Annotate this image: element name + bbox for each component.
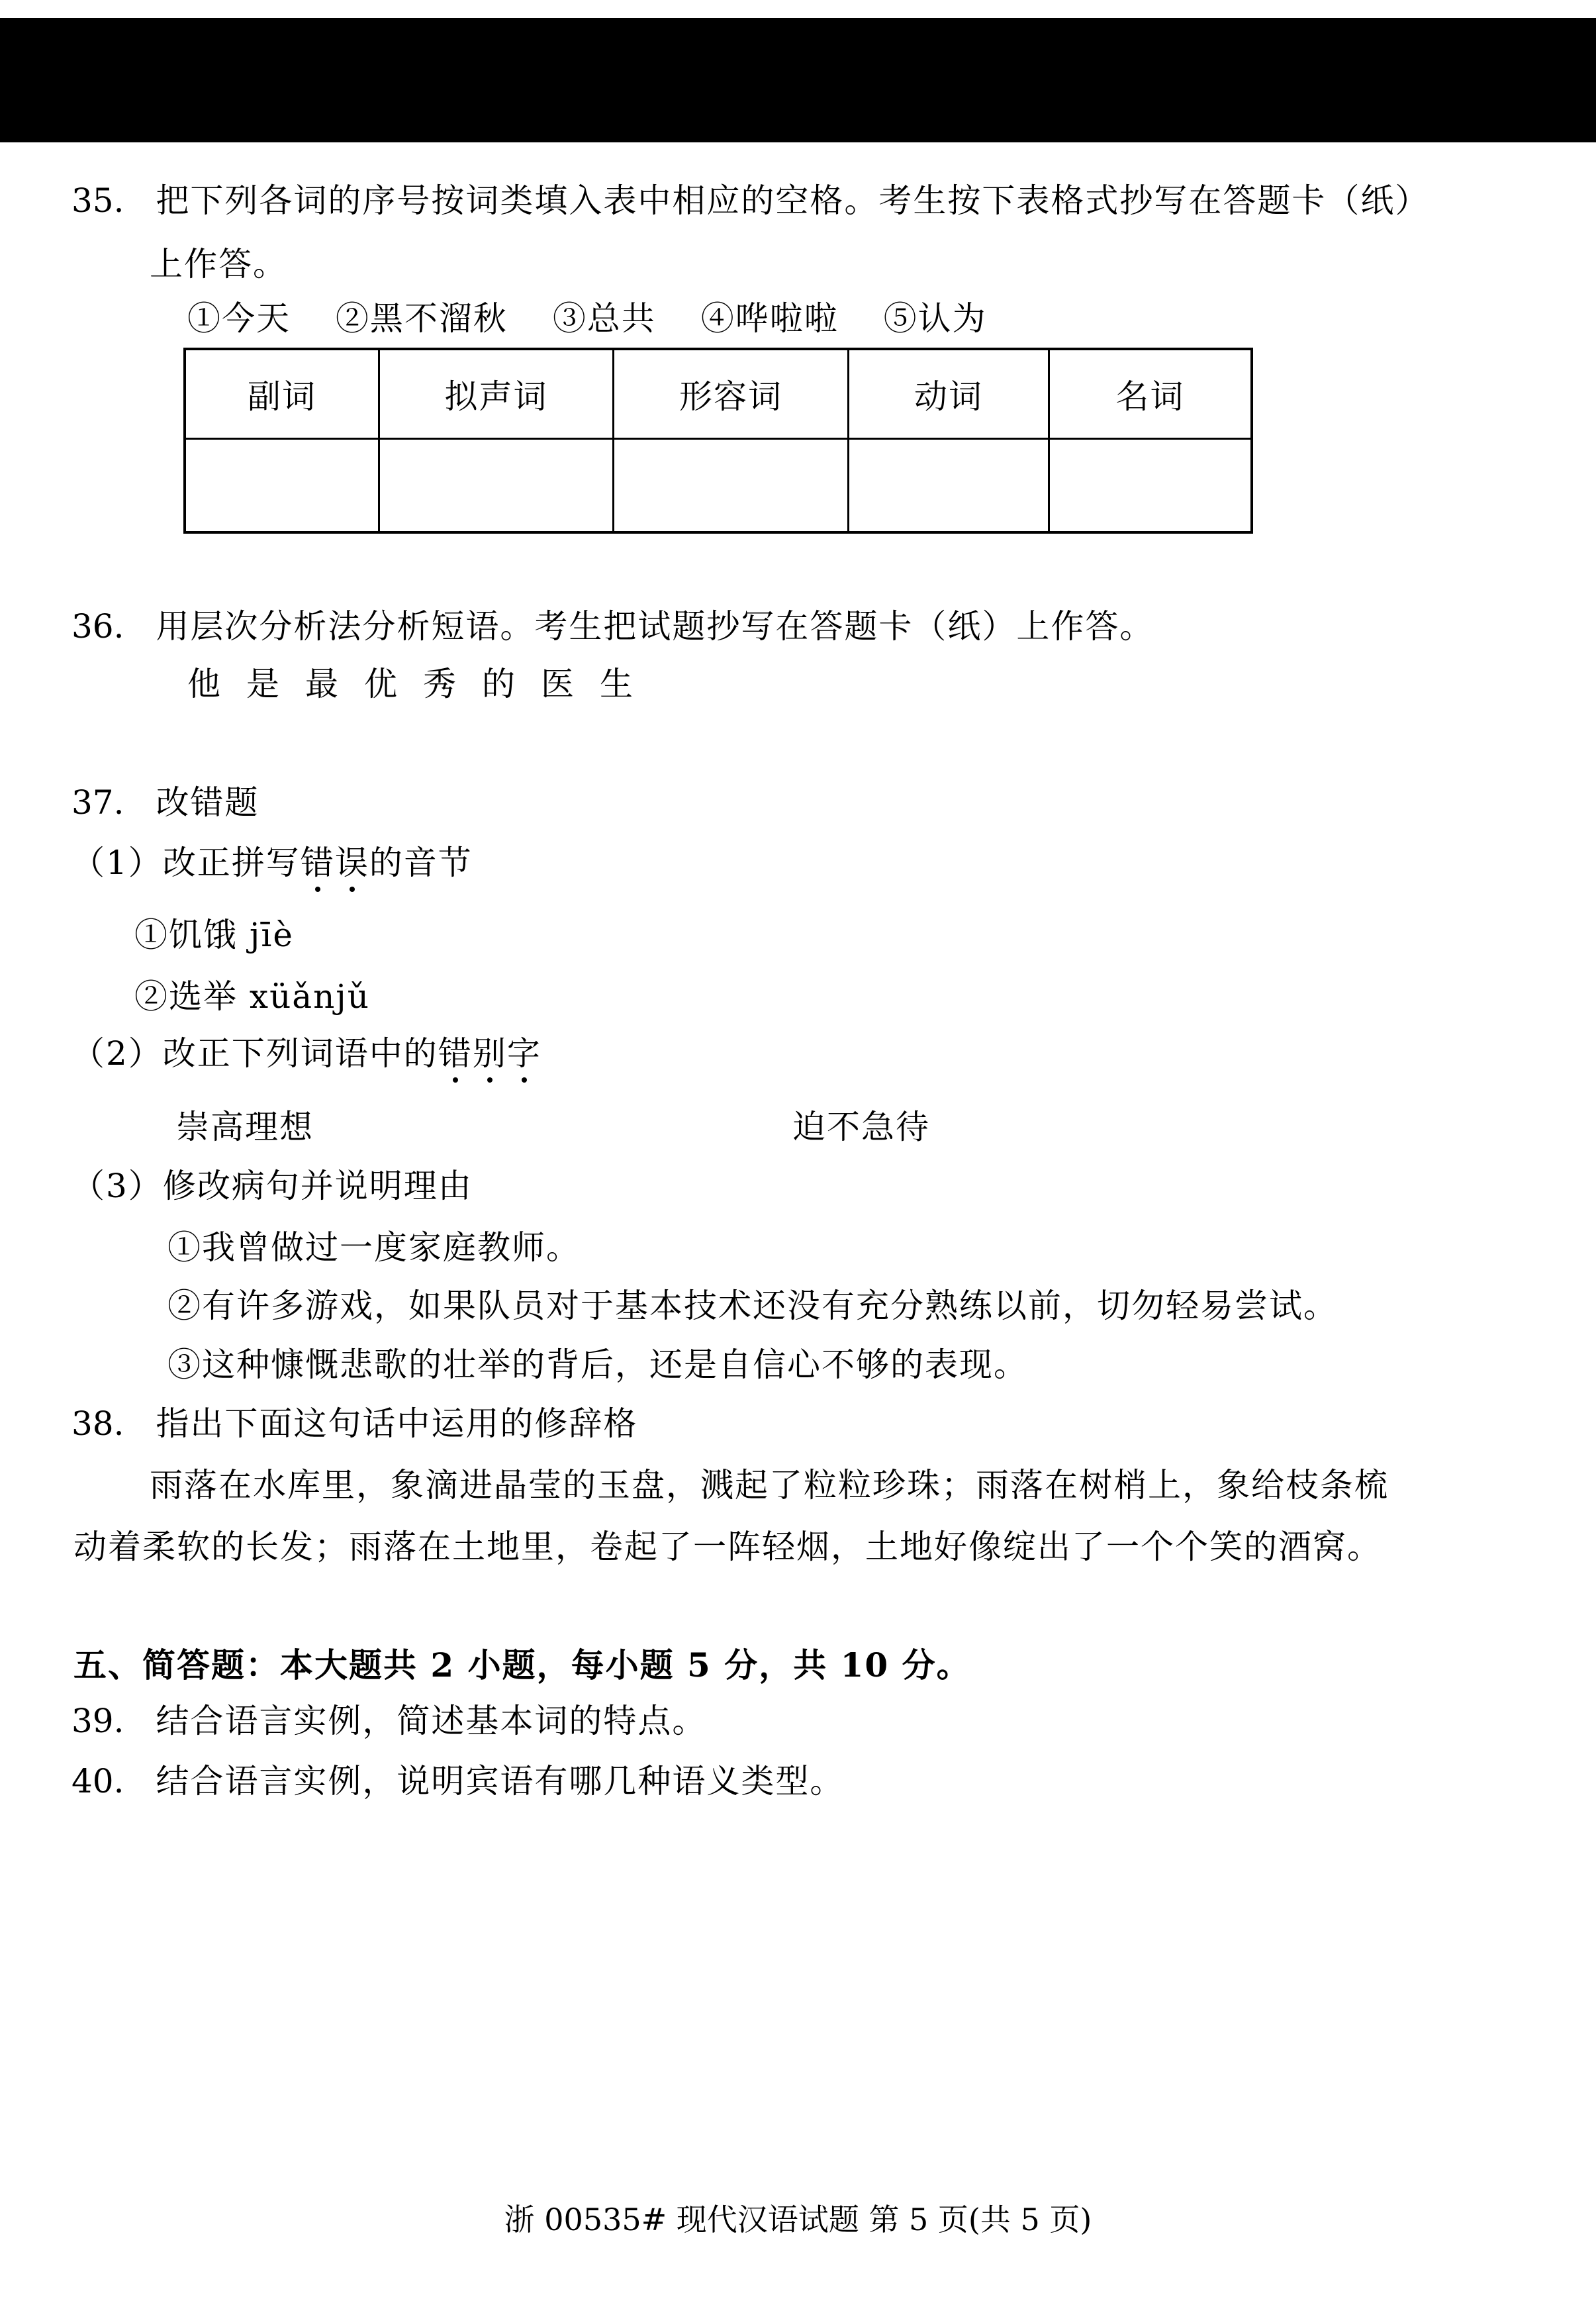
q37-part3-item3: ③这种慷慨悲歌的壮举的背后，还是自信心不够的表现。 xyxy=(167,1345,1028,1385)
answer-cell-onomatopoeia xyxy=(379,439,614,533)
emphasis-char: 错 xyxy=(301,843,335,883)
part1-label-suffix: 的音节 xyxy=(369,844,473,882)
q38-passage-line1: 雨落在水库里，象滴进晶莹的玉盘，溅起了粒粒珍珠；雨落在树梢上，象给枝条梳 xyxy=(150,1465,1389,1505)
header-adjective: 形容词 xyxy=(614,349,849,439)
word-item: ⑤认为 xyxy=(884,299,987,338)
q40-number: 40. xyxy=(71,1762,124,1800)
emphasis-char: 别 xyxy=(473,1034,507,1073)
q37-part2-label: （2）改正下列词语中的错别字 xyxy=(71,1034,541,1073)
q36-phrase: 他是最优秀的医生 xyxy=(187,664,659,704)
q35-prompt-line2: 上作答。 xyxy=(150,244,287,284)
q36-prompt: 36. 用层次分析法分析短语。考生把试题抄写在答题卡（纸）上作答。 xyxy=(71,607,1154,646)
q36-prompt-text: 用层次分析法分析短语。考生把试题抄写在答题卡（纸）上作答。 xyxy=(156,607,1154,646)
q35-word-list: ①今天 ②黑不溜秋 ③总共 ④哗啦啦 ⑤认为 xyxy=(187,299,987,338)
answer-cell-adverb xyxy=(185,439,379,533)
answer-cell-noun xyxy=(1049,439,1252,533)
section5-heading: 五、简答题：本大题共 2 小题，每小题 5 分，共 10 分。 xyxy=(73,1645,971,1685)
q37-part3-item2: ②有许多游戏，如果队员对于基本技术还没有充分熟练以前，切勿轻易尝试。 xyxy=(167,1286,1338,1326)
header-noun: 名词 xyxy=(1049,349,1252,439)
q35-prompt-line1: 35. 把下列各词的序号按词类填入表中相应的空格。考生按下表格式抄写在答题卡（纸… xyxy=(71,181,1429,220)
q38-prompt-text: 指出下面这句话中运用的修辞格 xyxy=(156,1404,637,1443)
header-adverb: 副词 xyxy=(185,349,379,439)
q37-part1-item2: ②选举 xüǎnjǔ xyxy=(134,977,370,1016)
q37-part1-label: （1）改正拼写错误的音节 xyxy=(71,843,473,883)
q37-part1-item1: ①饥饿 jīè xyxy=(134,915,294,955)
table-header-row: 副词 拟声词 形容词 动词 名词 xyxy=(185,349,1252,439)
q40: 40. 结合语言实例，说明宾语有哪几种语义类型。 xyxy=(71,1761,844,1801)
q38-number: 38. xyxy=(71,1404,124,1443)
word-item: ②黑不溜秋 xyxy=(336,299,508,338)
redaction-bar xyxy=(0,18,1596,142)
q35-number: 35. xyxy=(71,181,124,220)
emphasis-char: 字 xyxy=(507,1034,541,1073)
part2-label-prefix: （2）改正下列词语中的 xyxy=(71,1034,438,1073)
answer-cell-adjective xyxy=(614,439,849,533)
emphasis-char: 错 xyxy=(438,1034,473,1073)
word-item: ①今天 xyxy=(187,299,291,338)
emphasis-char: 误 xyxy=(335,843,369,883)
q38-prompt: 38. 指出下面这句话中运用的修辞格 xyxy=(71,1404,637,1444)
q38-passage-line2: 动着柔软的长发；雨落在土地里，卷起了一阵轻烟，土地好像绽出了一个个笑的酒窝。 xyxy=(73,1527,1382,1567)
q37-part3-item1: ①我曾做过一度家庭教师。 xyxy=(167,1228,581,1267)
q40-text: 结合语言实例，说明宾语有哪几种语义类型。 xyxy=(156,1762,844,1800)
q37-part2-item1: 崇高理想 xyxy=(176,1107,314,1147)
word-item: ③总共 xyxy=(553,299,656,338)
q37-number: 37. xyxy=(71,783,124,822)
word-item: ④哗啦啦 xyxy=(701,299,839,338)
q37-title-line: 37. 改错题 xyxy=(71,783,259,822)
q37-part3-label: （3）修改病句并说明理由 xyxy=(71,1166,473,1206)
q37-part2-item2: 迫不急待 xyxy=(792,1107,930,1147)
q37-title: 改错题 xyxy=(156,783,259,822)
page-footer: 浙 00535# 现代汉语试题 第 5 页(共 5 页) xyxy=(0,2200,1596,2239)
q39-number: 39. xyxy=(71,1702,124,1740)
q36-number: 36. xyxy=(71,607,124,646)
q35-prompt-text: 把下列各词的序号按词类填入表中相应的空格。考生按下表格式抄写在答题卡（纸） xyxy=(156,181,1429,220)
header-verb: 动词 xyxy=(849,349,1049,439)
part1-label-prefix: （1）改正拼写 xyxy=(71,844,301,882)
word-class-table: 副词 拟声词 形容词 动词 名词 xyxy=(183,348,1253,534)
header-onomatopoeia: 拟声词 xyxy=(379,349,614,439)
q39: 39. 结合语言实例，简述基本词的特点。 xyxy=(71,1701,706,1741)
table-answer-row xyxy=(185,439,1252,533)
q39-text: 结合语言实例，简述基本词的特点。 xyxy=(156,1702,706,1740)
answer-cell-verb xyxy=(849,439,1049,533)
